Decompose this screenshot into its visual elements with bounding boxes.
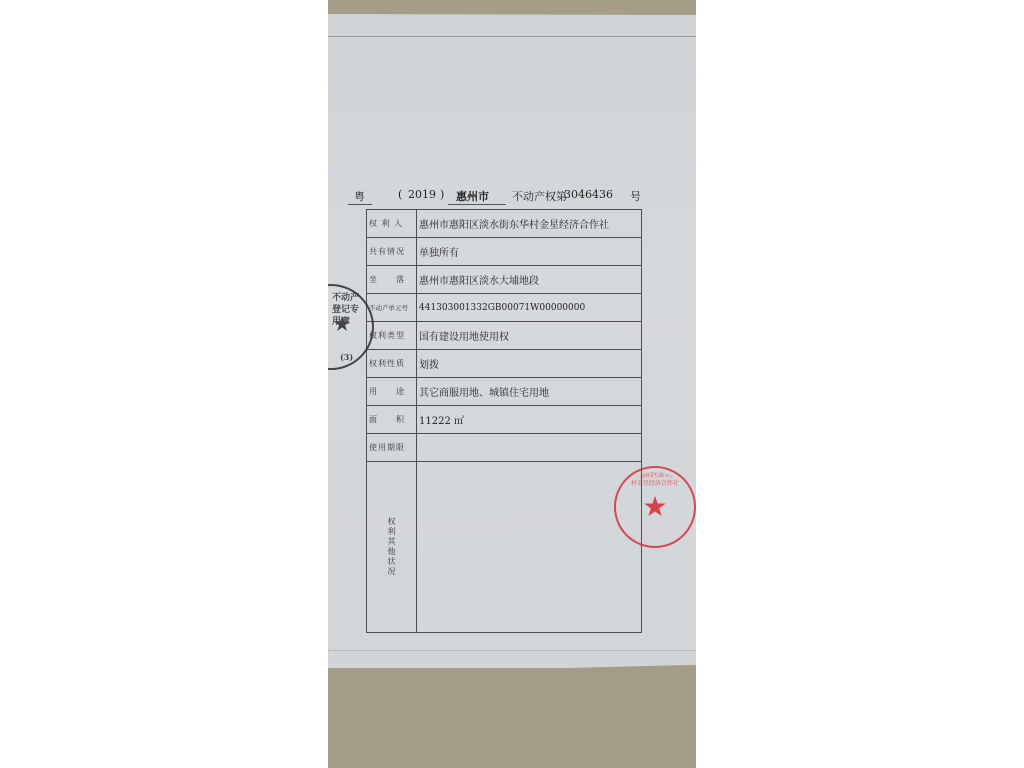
certificate-number: 3046436: [564, 188, 613, 201]
row-label: 权利其他状况: [367, 462, 417, 633]
table-row: 不动产单元号 441303001332GB00071W00000000: [367, 294, 642, 322]
row-value-location: 惠州市惠阳区淡水大埔地段: [417, 266, 642, 294]
close-paren: ): [440, 188, 444, 201]
other-rights-label: 权利其他状况: [386, 517, 397, 577]
table-row: 权利性质 划拨: [367, 350, 642, 378]
city: 惠州市: [456, 188, 489, 204]
star-icon: ★: [616, 490, 694, 523]
cooperative-seal: 惠州市惠阳区淡水街东华村金星经济合作社 ★: [614, 466, 696, 548]
table-row: 坐 落 惠州市惠阳区淡水大埔地段: [367, 266, 642, 294]
underline: [348, 204, 372, 205]
table-row: 用 途 其它商服用地、城镇住宅用地: [367, 378, 642, 406]
row-label: 用 途: [367, 378, 417, 406]
year: 2019: [408, 188, 436, 201]
row-label: 权 利 人: [367, 210, 417, 238]
property-rights-table: 权 利 人 惠州市惠阳区淡水街东华村金星经济合作社 共有情况 单独所有 坐 落 …: [366, 209, 642, 633]
certificate-number-line: 粤 ( 2019 ) 惠州市 不动产权第 3046436 号: [328, 184, 696, 208]
row-label: 权利类型: [367, 322, 417, 350]
open-paren: (: [398, 188, 402, 201]
fold-line: [328, 36, 696, 37]
star-icon: ★: [334, 314, 350, 335]
seal-number: (3): [340, 352, 353, 362]
table-row: 面 积 11222 ㎡: [367, 406, 642, 434]
row-value-owner: 惠州市惠阳区淡水街东华村金星经济合作社: [417, 210, 642, 238]
row-label: 面 积: [367, 406, 417, 434]
row-value-area: 11222 ㎡: [417, 406, 642, 434]
row-value-co-ownership: 单独所有: [417, 238, 642, 266]
row-label: 不动产单元号: [367, 294, 417, 322]
document-photo: 粤 ( 2019 ) 惠州市 不动产权第 3046436 号 权 利 人 惠州市…: [328, 0, 696, 768]
row-value-unit-number: 441303001332GB00071W00000000: [417, 294, 642, 322]
table-row: 权 利 人 惠州市惠阳区淡水街东华村金星经济合作社: [367, 210, 642, 238]
table-row: 共有情况 单独所有: [367, 238, 642, 266]
number-suffix: 号: [630, 188, 641, 204]
row-label: 坐 落: [367, 266, 417, 294]
row-label: 使用期限: [367, 434, 417, 462]
table-row-other: 权利其他状况: [367, 462, 642, 633]
table-row: 使用期限: [367, 434, 642, 462]
certificate-page: 粤 ( 2019 ) 惠州市 不动产权第 3046436 号 权 利 人 惠州市…: [328, 14, 696, 674]
background-surface: [328, 668, 696, 768]
row-label: 共有情况: [367, 238, 417, 266]
row-value-right-nature: 划拨: [417, 350, 642, 378]
table-row: 权利类型 国有建设用地使用权: [367, 322, 642, 350]
row-value-right-type: 国有建设用地使用权: [417, 322, 642, 350]
row-value-other-rights: [417, 462, 642, 633]
row-value-term: [417, 434, 642, 462]
underline: [448, 204, 506, 205]
number-prefix: 不动产权第: [512, 188, 567, 204]
row-value-usage: 其它商服用地、城镇住宅用地: [417, 378, 642, 406]
province-abbr: 粤: [354, 188, 365, 204]
row-label: 权利性质: [367, 350, 417, 378]
footer-print-line: [328, 650, 696, 652]
